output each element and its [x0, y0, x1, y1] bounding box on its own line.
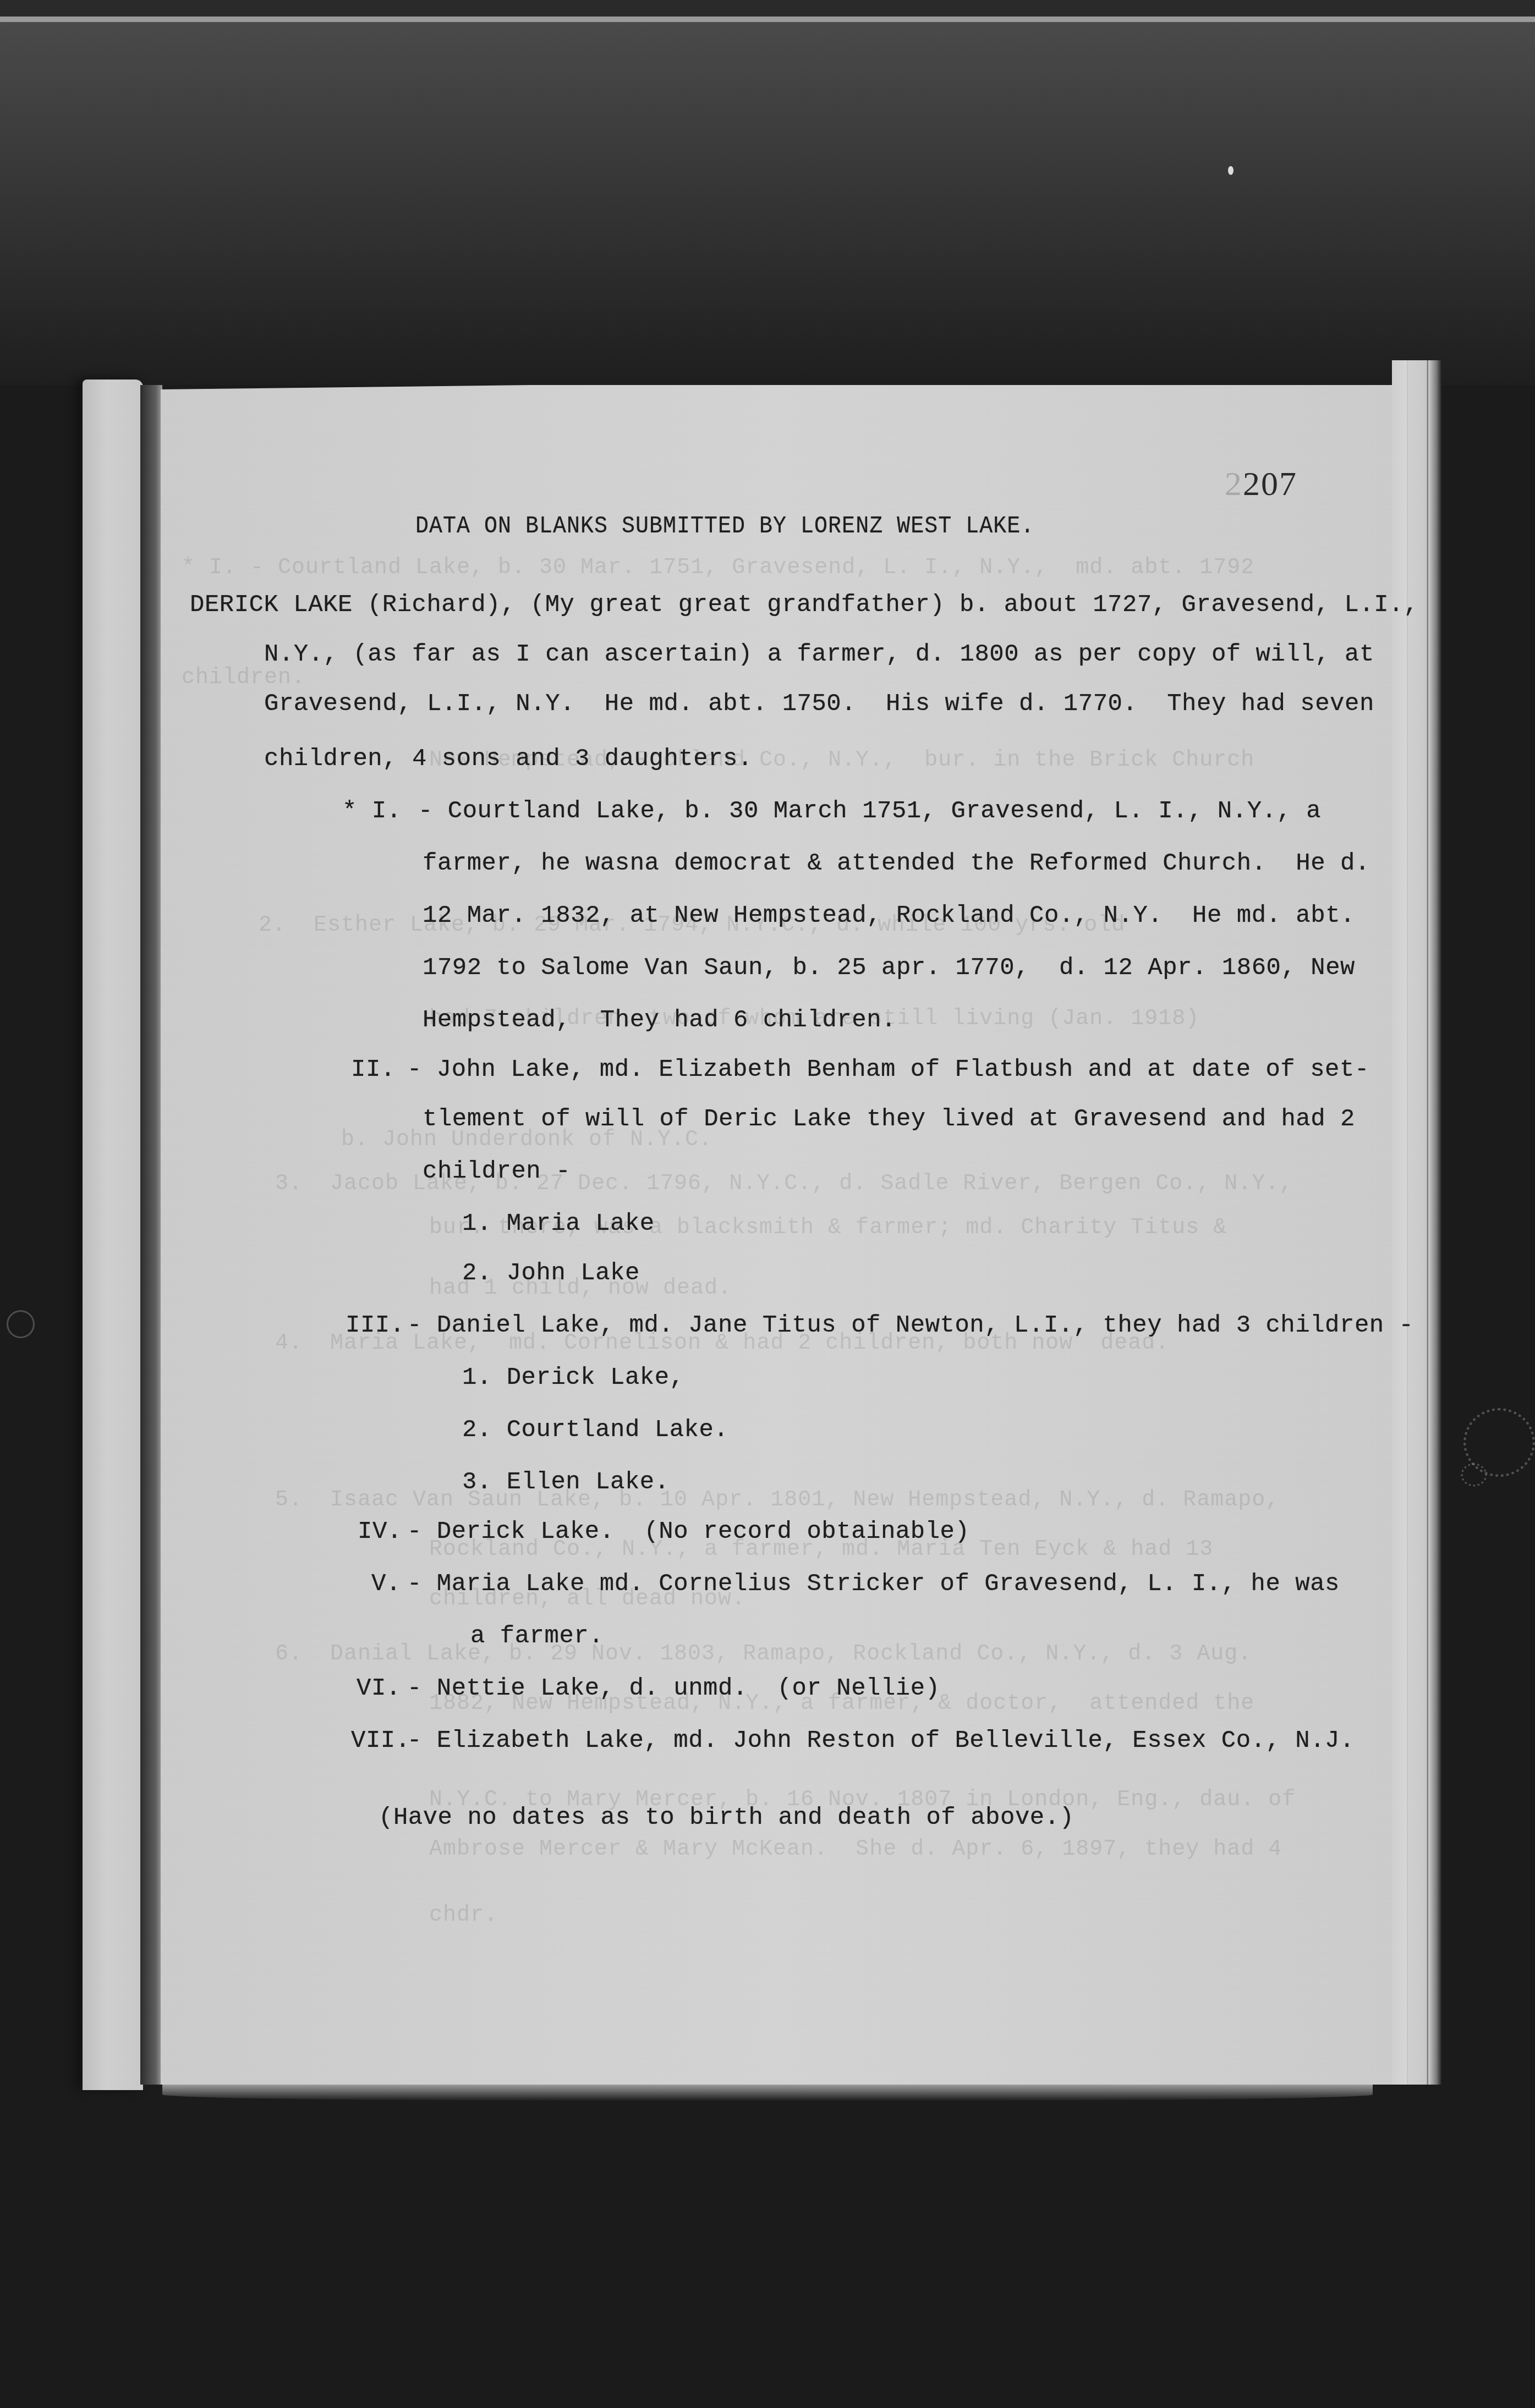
child-numeral-vii: VII. [351, 1727, 410, 1755]
child-entry-line: - Maria Lake md. Cornelius Stricker of G… [407, 1570, 1340, 1598]
book-gutter [140, 385, 162, 2085]
footnote: (Have no dates as to birth and death of … [379, 1804, 1074, 1832]
bleed-through-line: chdr. [429, 1903, 498, 1928]
film-top-rule [0, 17, 1535, 22]
child-entry-line: - Daniel Lake, md. Jane Titus of Newton,… [407, 1312, 1414, 1339]
child-numeral-vi: VI. [357, 1675, 401, 1702]
page-bottom-shadow [162, 2085, 1373, 2101]
child-entry-line: - John Lake, md. Elizabeth Benham of Fla… [407, 1056, 1369, 1084]
grandchild-item: 1. Maria Lake [462, 1210, 655, 1238]
child-entry-line: 1792 to Salome Van Saun, b. 25 apr. 1770… [423, 954, 1355, 982]
child-entry-line: a farmer. [470, 1623, 604, 1650]
bleed-through-line: * I. - Courtland Lake, b. 30 Mar. 1751, … [182, 556, 1254, 580]
child-entry-line: 12 Mar. 1832, at New Hempstead, Rockland… [423, 902, 1355, 930]
child-entry-line: tlement of will of Deric Lake they lived… [423, 1106, 1355, 1133]
intro-line: Gravesend, L.I., N.Y. He md. abt. 1750. … [264, 690, 1374, 718]
film-artifact-ring [7, 1310, 35, 1338]
document-title: DATA ON BLANKS SUBMITTED BY LORENZ WEST … [415, 513, 1034, 540]
page-number: 2207 [1225, 465, 1297, 504]
film-top-band [0, 0, 1535, 17]
film-speck [1228, 166, 1234, 175]
bleed-through-line: children. [182, 666, 305, 690]
child-entry-line: - Derick Lake. (No record obtainable) [407, 1518, 969, 1546]
child-entry-line: - Elizabeth Lake, md. John Reston of Bel… [407, 1727, 1355, 1755]
child-numeral-v: V. [371, 1570, 401, 1598]
bleed-through-line: Ambrose Mercer & Mary McKean. She d. Apr… [429, 1837, 1282, 1862]
child-numeral-i: * I. [342, 798, 402, 825]
left-facing-page-edge [83, 380, 143, 2090]
grandchild-item: 3. Ellen Lake. [462, 1469, 670, 1496]
film-background [0, 22, 1535, 385]
child-numeral-iv: IV. [358, 1518, 402, 1546]
child-entry-line: farmer, he wasna democrat & attended the… [423, 850, 1370, 877]
binder-ring-artifact-small [1461, 1463, 1487, 1487]
child-entry-line: children - [423, 1158, 571, 1185]
child-entry-line: - Nettie Lake, d. unmd. (or Nellie) [407, 1675, 940, 1702]
child-entry-line: - Courtland Lake, b. 30 March 1751, Grav… [418, 798, 1321, 825]
child-numeral-ii: II. [351, 1056, 396, 1084]
stacked-page-edges [1392, 360, 1441, 2085]
child-numeral-iii: III. [346, 1312, 405, 1339]
grandchild-item: 1. Derick Lake, [462, 1364, 684, 1392]
grandchild-item: 2. Courtland Lake. [462, 1416, 728, 1444]
child-entry-line: Hempstead, They had 6 children. [423, 1007, 896, 1034]
page-number-ghost: 2 [1225, 465, 1243, 503]
bleed-through-line: 5. Isaac Van Saun Lake, b. 10 Apr. 1801,… [275, 1488, 1279, 1513]
bleed-through-line: 6. Danial Lake, b. 29 Nov. 1803, Ramapo,… [275, 1642, 1252, 1667]
grandchild-item: 2. John Lake [462, 1260, 640, 1287]
intro-line: children, 4 sons and 3 daughters. [264, 745, 753, 773]
page-number-value: 207 [1243, 465, 1297, 503]
intro-line: N.Y., (as far as I can ascertain) a farm… [264, 641, 1374, 668]
intro-line: DERICK LAKE (Richard), (My great great g… [190, 591, 1418, 619]
